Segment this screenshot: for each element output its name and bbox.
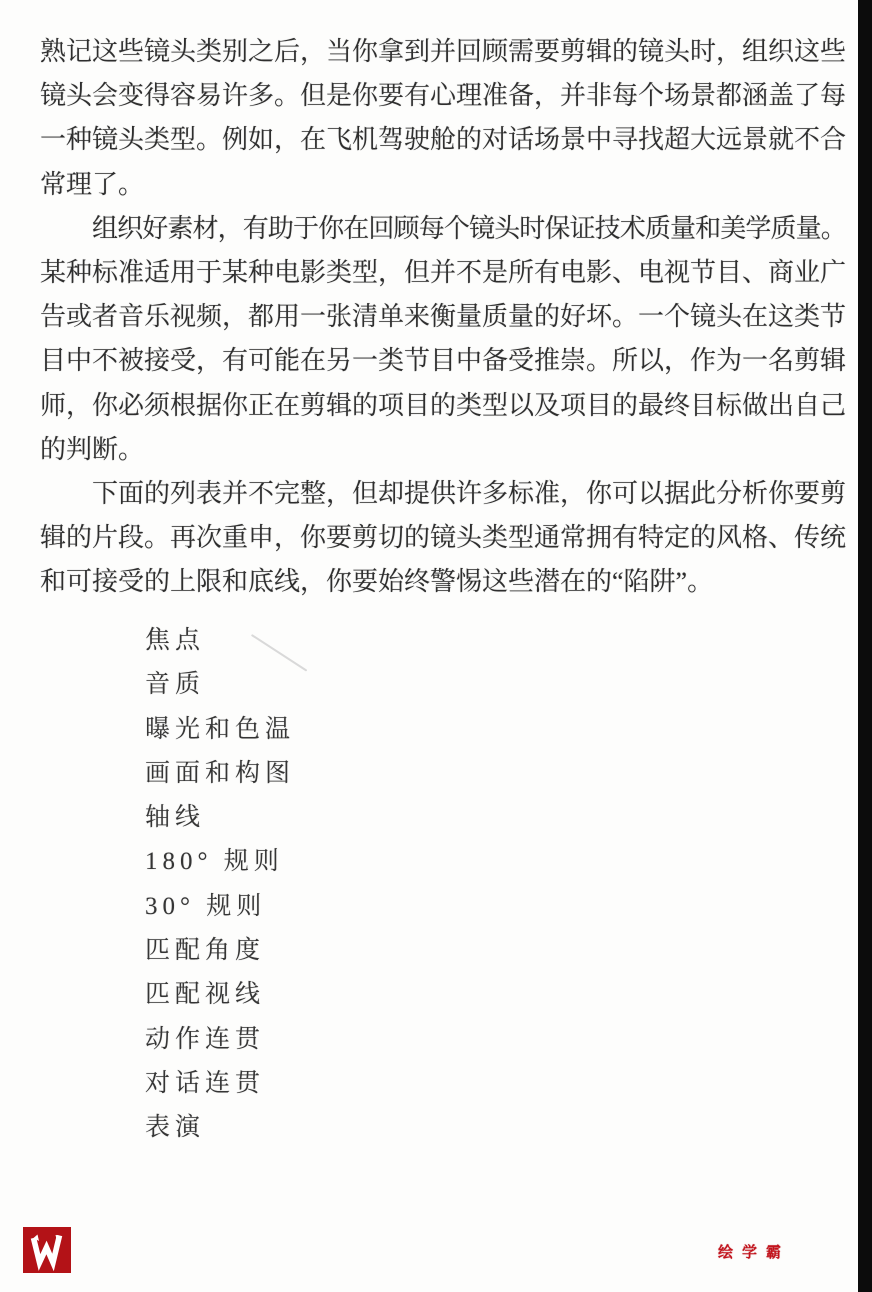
- paragraph: 组织好素材，有助于你在回顾每个镜头时保证技术质量和美学质量。某种标准适用于某种电…: [40, 207, 846, 472]
- scan-edge-bar: [858, 0, 872, 1292]
- checklist-item: 曝光和色温: [145, 708, 295, 752]
- paragraph-line: 镜头会变得容易许多。但是你要有心理准备，并非每个场景都涵盖了每: [40, 74, 846, 118]
- checklist-item: 表演: [145, 1106, 295, 1150]
- scanned-book-page: 熟记这些镜头类别之后，当你拿到并回顾需要剪辑的镜头时，组织这些镜头会变得容易许多…: [0, 0, 872, 1292]
- checklist-item: 180° 规则: [145, 840, 295, 884]
- checklist-item: 匹配角度: [145, 929, 295, 973]
- paragraph-line: 组织好素材，有助于你在回顾每个镜头时保证技术质量和美学质量。: [40, 207, 846, 251]
- paragraph: 下面的列表并不完整，但却提供许多标准，你可以据此分析你要剪辑的片段。再次重申，你…: [40, 472, 846, 605]
- checklist-item: 画面和构图: [145, 752, 295, 796]
- checklist-item: 动作连贯: [145, 1018, 295, 1062]
- paragraph-line: 和可接受的上限和底线，你要始终警惕这些潜在的“陷阱”。: [40, 560, 846, 604]
- checklist-item: 轴线: [145, 796, 295, 840]
- paragraph-line: 辑的片段。再次重申，你要剪切的镜头类型通常拥有特定的风格、传统: [40, 516, 846, 560]
- paragraph-line: 下面的列表并不完整，但却提供许多标准，你可以据此分析你要剪: [40, 472, 846, 516]
- body-text: 熟记这些镜头类别之后，当你拿到并回顾需要剪辑的镜头时，组织这些镜头会变得容易许多…: [40, 30, 846, 604]
- paragraph-line: 熟记这些镜头类别之后，当你拿到并回顾需要剪辑的镜头时，组织这些: [40, 30, 846, 74]
- paragraph-line: 某种标准适用于某种电影类型，但并不是所有电影、电视节目、商业广: [40, 251, 846, 295]
- paragraph-line: 目中不被接受，有可能在另一类节目中备受推崇。所以，作为一名剪辑: [40, 339, 846, 383]
- paragraph-line: 师，你必须根据你正在剪辑的项目的类型以及项目的最终目标做出自己: [40, 384, 846, 428]
- paragraph-line: 一种镜头类型。例如，在飞机驾驶舱的对话场景中寻找超大远景就不合: [40, 118, 846, 162]
- checklist-item: 焦点: [145, 619, 295, 663]
- checklist: 焦点音质曝光和色温画面和构图轴线180° 规则30° 规则匹配角度匹配视线动作连…: [145, 619, 295, 1151]
- checklist-item: 音质: [145, 663, 295, 707]
- paragraph: 熟记这些镜头类别之后，当你拿到并回顾需要剪辑的镜头时，组织这些镜头会变得容易许多…: [40, 30, 846, 207]
- checklist-item: 对话连贯: [145, 1062, 295, 1106]
- checklist-item: 匹配视线: [145, 973, 295, 1017]
- watermark-text: 绘学霸: [718, 1241, 790, 1262]
- paragraph-line: 的判断。: [40, 428, 846, 472]
- paragraph-line: 告或者音乐视频，都用一张清单来衡量质量的好坏。一个镜头在这类节: [40, 295, 846, 339]
- checklist-item: 30° 规则: [145, 885, 295, 929]
- book-w-icon: [23, 1227, 71, 1273]
- paragraph-line: 常理了。: [40, 163, 846, 207]
